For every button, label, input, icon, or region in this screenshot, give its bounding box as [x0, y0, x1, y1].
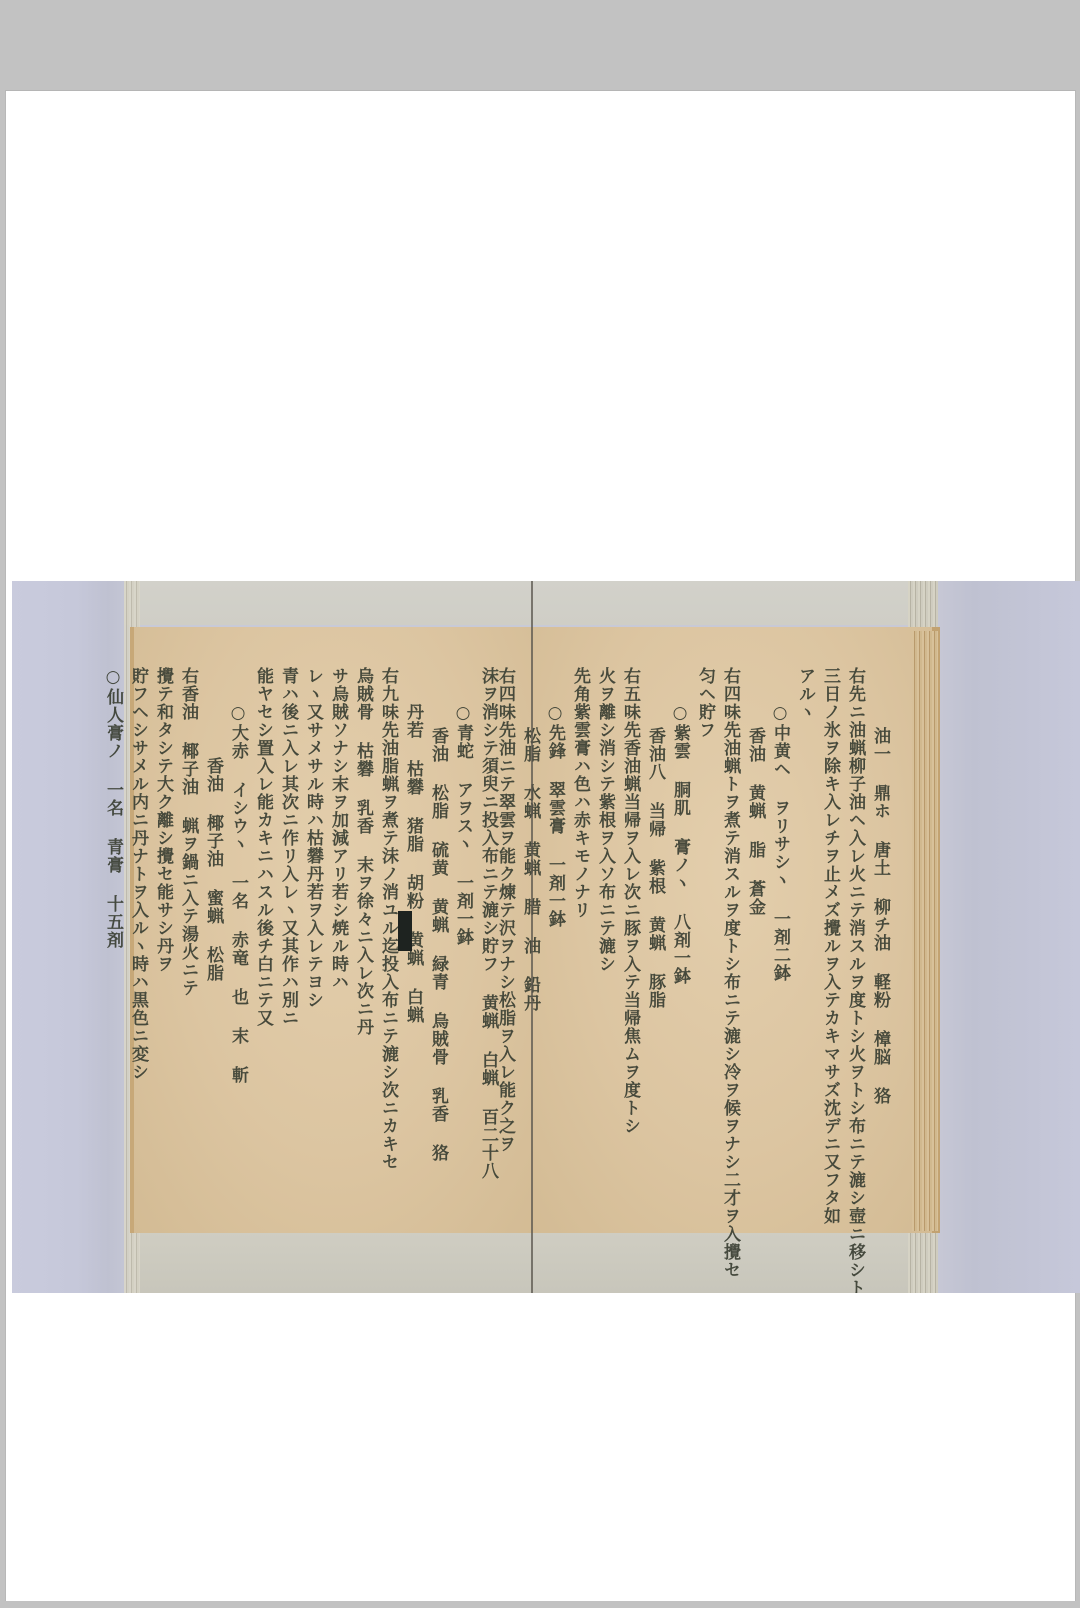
- right-page-text: 油一 鼎ホ 唐土 柳チ油 軽粉 樟脳 狢右先ニ油蝋柳子油ヘ入レ火ニテ消スルヲ度ト…: [552, 667, 892, 1193]
- manuscript-column: レヽ又サメサル時ハ枯礬丹若ヲ入レテヨシ: [300, 667, 325, 1193]
- manuscript-column: 攪テ和タシテ大ク離シ攪セ能サシ丹ヲ: [150, 667, 175, 1193]
- left-page: 沫ヲ消シテ須臾ニ投入布ニテ漉シ貯フ 黄蝋 白蝋 百二十八○青蛇 アヲスヽ 一剤一…: [130, 627, 536, 1233]
- manuscript-column: 右四味先油ニテ翠雲ヲ能ク煉テ沢ヲナシ松脂ヲ入レ能ク之ヲ: [492, 667, 517, 1193]
- manuscript-column: 三日ノ氷ヲ除キ入レチヲ止メズ攪ルヲ入テカキマサズ沈デニ又フタ如: [817, 667, 842, 1193]
- right-page: 油一 鼎ホ 唐土 柳チ油 軽粉 樟脳 狢右先ニ油蝋柳子油ヘ入レ火ニテ消スルヲ度ト…: [532, 627, 940, 1233]
- book-spine: [531, 581, 533, 1293]
- book-top-edge: [124, 581, 932, 625]
- page-stack-edge: [912, 631, 938, 1231]
- manuscript-column: 青ハ後ニ入レ其次ニ作リ入レヽ又其作ハ別ニ: [275, 667, 300, 1193]
- manuscript-column: 右香油 椰子油 蝋ヲ鍋ニ入テ湯火ニテ: [175, 667, 200, 1193]
- manuscript-column: 香油 黄蝋 脂 蒼金: [742, 667, 767, 1193]
- manuscript-column: 右五味先香油蝋当帰ヲ入レ次ニ豚ヲ入テ当帰焦ムヲ度トシ: [617, 667, 642, 1193]
- manuscript-column: ○紫雲 胴肌 膏ノヽ 八剤一鉢: [667, 667, 692, 1193]
- manuscript-column: ○先鋒 翠雲膏 一剤一鉢: [542, 667, 567, 1193]
- manuscript-column: ○仙人膏ノ 一名 青膏 十五剤: [100, 667, 125, 1193]
- redaction-mark: [398, 911, 412, 951]
- manuscript-column: 火ヲ離シ消シテ紫根ヲ入ソ布ニテ漉シ: [592, 667, 617, 1193]
- manuscript-column: 油一 鼎ホ 唐土 柳チ油 軽粉 樟脳 狢: [867, 667, 892, 1193]
- manuscript-column: 烏賊骨 枯礬 乳香 末ヲ徐々ニ入レ次ニ丹: [350, 667, 375, 1193]
- manuscript-column: ○中黄ヘ ヲリサシヽ 一剤二鉢: [767, 667, 792, 1193]
- manuscript-column: 能ヤセシ置入レ能カキニハスル後チ白ニテ又: [250, 667, 275, 1193]
- manuscript-column: 香油八 当帰 紫根 黄蝋 豚脂: [642, 667, 667, 1193]
- manuscript-column: ○青蛇 アヲスヽ 一剤一鉢: [450, 667, 475, 1193]
- manuscript-column: 先角紫雲膏ハ色ハ赤キモノナリ: [567, 667, 592, 1193]
- manuscript-column: アルヽ: [792, 667, 817, 1193]
- manuscript-column: ○大赤 イシウヽ 一名 赤竜 也 末 斬: [225, 667, 250, 1193]
- manuscript-column: 松脂 水蝋 黄蝋 腊 油 鉛丹: [517, 667, 542, 1193]
- manuscript-photo: 沫ヲ消シテ須臾ニ投入布ニテ漉シ貯フ 黄蝋 白蝋 百二十八○青蛇 アヲスヽ 一剤一…: [12, 581, 1080, 1293]
- manuscript-column: 右九味先油脂蝋ヲ煮テ沫ノ消ユル迄投入布ニテ漉シ次ニカキセ: [375, 667, 400, 1193]
- book-bottom-edge: [130, 1233, 920, 1293]
- manuscript-column: サ烏賊ソナシ末ヲ加減アリ若シ焼ル時ハ: [325, 667, 350, 1193]
- manuscript-column: 右四味先油蝋トヲ煮テ消スルヲ度トシ布ニテ漉シ冷ヲ候ヲナシ二才ヲ入攪セ: [717, 667, 742, 1193]
- manuscript-column: 匀ヘ貯フ: [692, 667, 717, 1193]
- left-page-text: 沫ヲ消シテ須臾ニ投入布ニテ漉シ貯フ 黄蝋 白蝋 百二十八○青蛇 アヲスヽ 一剤一…: [152, 667, 500, 1193]
- manuscript-column: 香油 松脂 硫黄 黄蝋 緑青 烏賊骨 乳香 狢: [425, 667, 450, 1193]
- image-viewer-panel: 沫ヲ消シテ須臾ニ投入布ニテ漉シ貯フ 黄蝋 白蝋 百二十八○青蛇 アヲスヽ 一剤一…: [5, 90, 1076, 1601]
- manuscript-column: 貯フヘシサメル内ニ丹ナトヲ入ルヽ時ハ黒色ニ変シ: [125, 667, 150, 1193]
- manuscript-column: 香油 椰子油 蜜蝋 松脂: [200, 667, 225, 1193]
- manuscript-column: 右先ニ油蝋柳子油ヘ入レ火ニテ消スルヲ度トシ火ヲトシ布ニテ漉シ壺ニ移シトイセシ: [842, 667, 867, 1193]
